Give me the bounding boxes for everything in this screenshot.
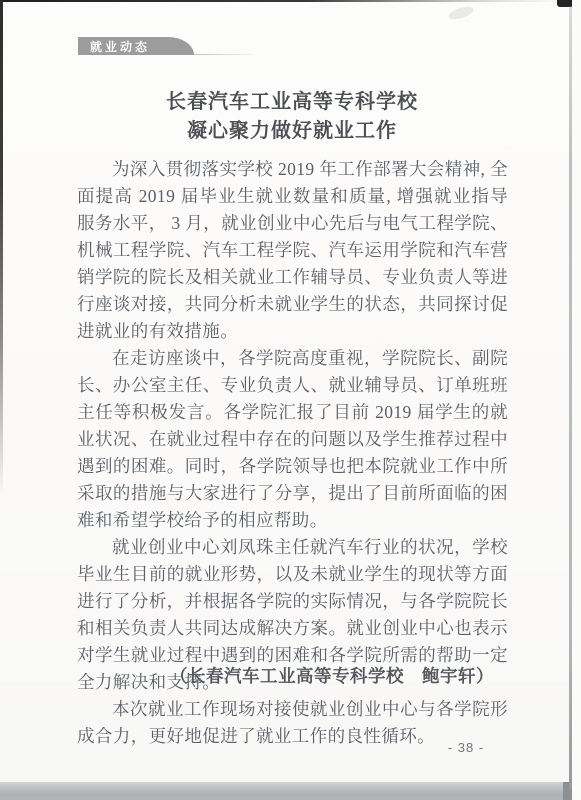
article-title-line1: 长春汽车工业高等专科学校	[76, 88, 508, 117]
scan-smudge	[447, 4, 475, 22]
scan-edge-right-line	[569, 6, 572, 790]
scan-edge-right-margin	[572, 0, 581, 800]
article-paragraph: 为深入贯彻落实学校 2019 年工作部署大会精神, 全面提高 2019 届毕业生…	[77, 156, 508, 345]
scan-edge-bottom-band	[0, 782, 572, 800]
section-tab-tail	[168, 37, 194, 55]
page-number: - 38 -	[436, 740, 496, 755]
scan-edge-top	[0, 0, 560, 2]
article-title-line2: 凝心聚力做好就业工作	[76, 117, 508, 146]
section-tab: 就业动态	[78, 37, 168, 55]
article-body: 为深入贯彻落实学校 2019 年工作部署大会精神, 全面提高 2019 届毕业生…	[77, 156, 508, 750]
scanned-page: 就业动态 长春汽车工业高等专科学校 凝心聚力做好就业工作 为深入贯彻落实学校 2…	[0, 0, 581, 800]
scan-edge-left-shadow	[0, 0, 3, 620]
article-signature: （长春汽车工业高等专科学校 鲍宇轩）	[77, 663, 508, 688]
article-title: 长春汽车工业高等专科学校 凝心聚力做好就业工作	[76, 88, 508, 146]
section-tab-label: 就业动态	[90, 38, 150, 55]
article-paragraph: 在走访座谈中，各学院高度重视，学院院长、副院长、办公室主任、专业负责人、就业辅导…	[77, 345, 508, 534]
